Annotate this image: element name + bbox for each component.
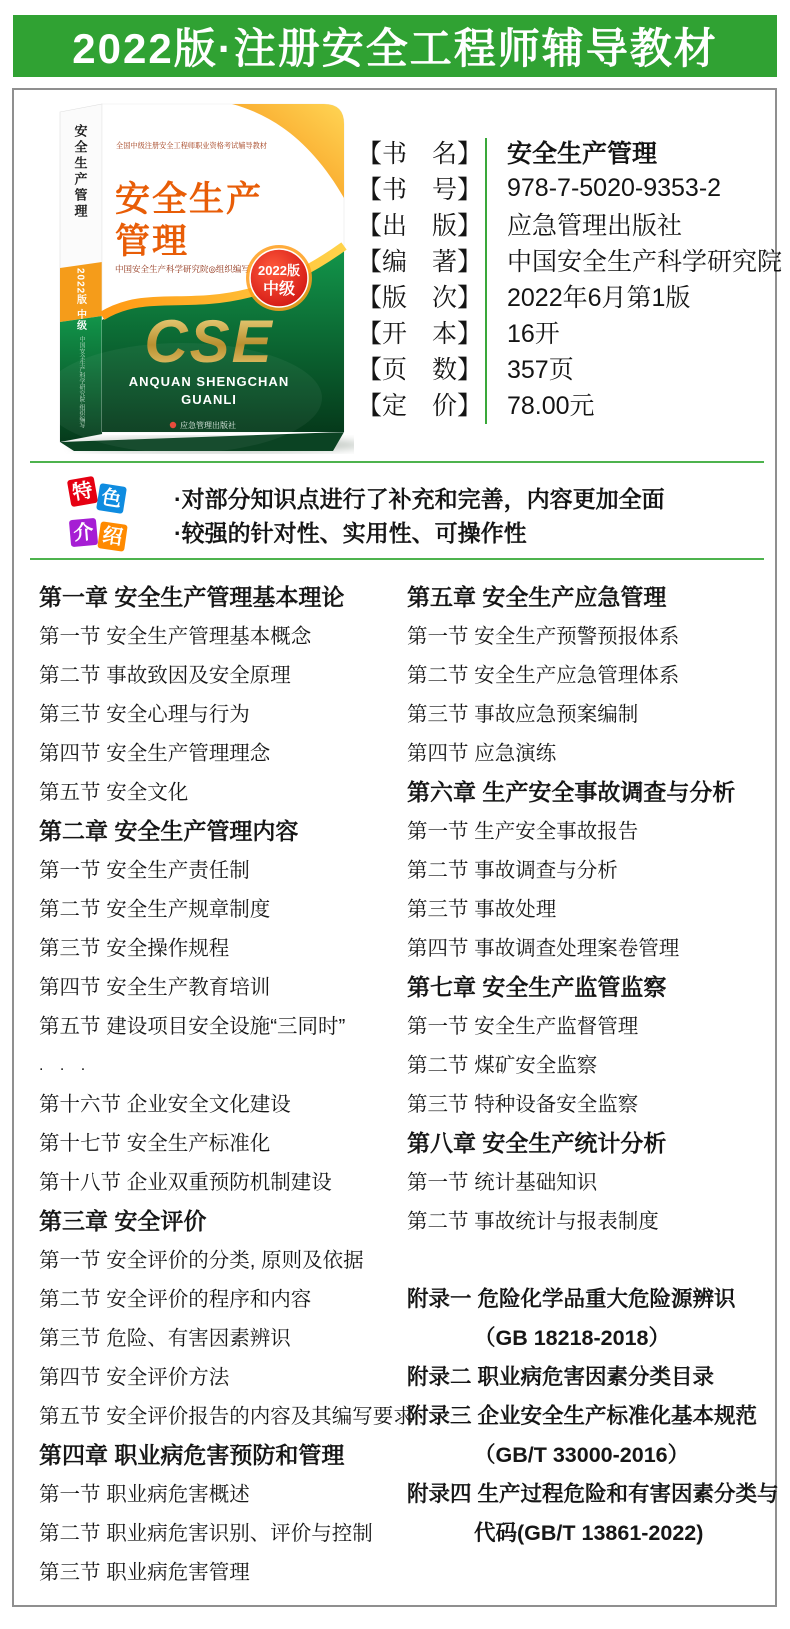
toc-chapter: 第二章 安全生产管理内容 bbox=[39, 812, 414, 851]
toc-section: 第二节 职业病危害识别、评价与控制 bbox=[39, 1514, 414, 1553]
toc-chapter: 第一章 安全生产管理基本理论 bbox=[39, 578, 414, 617]
detail-row: 【定 价】78.00元 bbox=[357, 386, 782, 422]
details-divider bbox=[485, 138, 487, 424]
book-cover-image: 安全生产管理 2022版 中级 中国安全生产科学研究院·组织编写 全国中级注册安… bbox=[52, 98, 354, 454]
banner-title: 2022版·注册安全工程师辅导教材 bbox=[72, 16, 717, 76]
detail-value: 中国安全生产科学研究院 bbox=[485, 242, 782, 278]
detail-label: 【开 本】 bbox=[357, 314, 485, 350]
cover-acronym: CSE bbox=[144, 308, 273, 375]
feature-bullet: ·对部分知识点进行了补充和完善，内容更加全面 bbox=[174, 482, 665, 516]
detail-value: 安全生产管理 bbox=[485, 134, 657, 170]
toc-section: 第二节 事故统计与报表制度 bbox=[407, 1202, 778, 1241]
toc-section: 第一节 职业病危害概述 bbox=[39, 1475, 414, 1514]
toc-section: 第五节 安全文化 bbox=[39, 773, 414, 812]
detail-row: 【书 名】安全生产管理 bbox=[357, 134, 782, 170]
detail-label: 【页 数】 bbox=[357, 350, 485, 386]
toc-ellipsis: . . . bbox=[39, 1046, 414, 1085]
toc-left-column: 第一章 安全生产管理基本理论第一节 安全生产管理基本概念第二节 事故致因及安全原… bbox=[39, 578, 414, 1592]
toc-appendix-cont: 代码(GB/T 13861-2022) bbox=[407, 1514, 778, 1553]
book-details: 【书 名】安全生产管理【书 号】978-7-5020-9353-2【出 版】应急… bbox=[357, 134, 782, 422]
toc-chapter: 第六章 生产安全事故调查与分析 bbox=[407, 773, 778, 812]
toc-section: 第二节 事故调查与分析 bbox=[407, 851, 778, 890]
toc-appendix: 附录二 职业病危害因素分类目录 bbox=[407, 1358, 778, 1397]
feature-bullet: ·较强的针对性、实用性、可操作性 bbox=[174, 516, 665, 550]
toc-section: 第四节 安全生产教育培训 bbox=[39, 968, 414, 1007]
detail-row: 【编 著】中国安全生产科学研究院 bbox=[357, 242, 782, 278]
toc-section: 第三节 事故处理 bbox=[407, 890, 778, 929]
cover-title-line2: 管理 bbox=[115, 222, 189, 261]
toc-section: 第十七节 安全生产标准化 bbox=[39, 1124, 414, 1163]
detail-row: 【出 版】应急管理出版社 bbox=[357, 206, 782, 242]
content-panel: 安全生产管理 2022版 中级 中国安全生产科学研究院·组织编写 全国中级注册安… bbox=[12, 88, 777, 1607]
toc-chapter: 第七章 安全生产监管监察 bbox=[407, 968, 778, 1007]
detail-row: 【书 号】978-7-5020-9353-2 bbox=[357, 170, 782, 206]
toc-chapter: 第五章 安全生产应急管理 bbox=[407, 578, 778, 617]
detail-value: 357页 bbox=[485, 350, 574, 386]
toc-section: 第三节 危险、有害因素辨识 bbox=[39, 1319, 414, 1358]
toc-chapter: 第八章 安全生产统计分析 bbox=[407, 1124, 778, 1163]
detail-label: 【定 价】 bbox=[357, 386, 485, 422]
toc-section: 第三节 职业病危害管理 bbox=[39, 1553, 414, 1592]
toc-chapter: 第三章 安全评价 bbox=[39, 1202, 414, 1241]
toc-section: 第二节 安全生产规章制度 bbox=[39, 890, 414, 929]
publisher-logo bbox=[170, 422, 176, 428]
toc-section: 第二节 煤矿安全监察 bbox=[407, 1046, 778, 1085]
toc-appendix: 附录三 企业安全生产标准化基本规范 bbox=[407, 1397, 778, 1436]
detail-label: 【出 版】 bbox=[357, 206, 485, 242]
feature-tile: 介 bbox=[69, 518, 98, 547]
toc-section: 第一节 安全生产责任制 bbox=[39, 851, 414, 890]
badge-line2: 中级 bbox=[263, 279, 295, 298]
spine-edition: 2022版 中级 bbox=[75, 268, 87, 331]
page: { "banner": { "title": "2022版·注册安全工程师辅导教… bbox=[0, 0, 790, 1629]
feature-tile: 绍 bbox=[97, 521, 127, 551]
toc-section: 第四节 应急演练 bbox=[407, 734, 778, 773]
toc-section: 第五节 安全评价报告的内容及其编写要求 bbox=[39, 1397, 414, 1436]
detail-value: 应急管理出版社 bbox=[485, 206, 682, 242]
spine-title: 安全生产管理 bbox=[73, 123, 88, 220]
detail-value: 16开 bbox=[485, 314, 560, 350]
toc-section: 第十六节 企业安全文化建设 bbox=[39, 1085, 414, 1124]
toc-section: 第三节 事故应急预案编制 bbox=[407, 695, 778, 734]
separator-bottom bbox=[30, 558, 764, 560]
toc-section: 第三节 安全操作规程 bbox=[39, 929, 414, 968]
detail-label: 【编 著】 bbox=[357, 242, 485, 278]
feature-tile: 色 bbox=[96, 483, 127, 514]
detail-label: 【书 号】 bbox=[357, 170, 485, 206]
cover-publisher: 应急管理出版社 bbox=[180, 420, 236, 430]
toc-appendix-cont: （GB 18218-2018） bbox=[407, 1319, 778, 1358]
toc-appendix: 附录一 危险化学品重大危险源辨识 bbox=[407, 1280, 778, 1319]
detail-value: 2022年6月第1版 bbox=[485, 278, 690, 314]
detail-value: 978-7-5020-9353-2 bbox=[485, 174, 721, 203]
book-cover-svg: 安全生产管理 2022版 中级 中国安全生产科学研究院·组织编写 全国中级注册安… bbox=[52, 98, 354, 454]
toc-section: 第四节 安全评价方法 bbox=[39, 1358, 414, 1397]
toc-section: 第二节 安全生产应急管理体系 bbox=[407, 656, 778, 695]
feature-bullets: ·对部分知识点进行了补充和完善，内容更加全面·较强的针对性、实用性、可操作性 bbox=[174, 482, 665, 550]
toc-appendix: 附录四 生产过程危险和有害因素分类与 bbox=[407, 1475, 778, 1514]
toc-section: 第五节 建设项目安全设施“三同时” bbox=[39, 1007, 414, 1046]
cover-pinyin-line1: ANQUAN SHENGCHAN bbox=[129, 374, 289, 389]
toc-section: 第四节 事故调查处理案卷管理 bbox=[407, 929, 778, 968]
detail-row: 【开 本】16开 bbox=[357, 314, 782, 350]
toc-section: 第一节 安全评价的分类, 原则及依据 bbox=[39, 1241, 414, 1280]
toc-spacer bbox=[407, 1241, 778, 1280]
banner: 2022版·注册安全工程师辅导教材 bbox=[13, 15, 777, 77]
toc-appendix-cont: （GB/T 33000-2016） bbox=[407, 1436, 778, 1475]
badge-line1: 2022版 bbox=[258, 263, 300, 278]
cover-title-line1: 安全生产 bbox=[115, 179, 263, 219]
separator-top bbox=[30, 461, 764, 463]
toc-section: 第一节 安全生产预警预报体系 bbox=[407, 617, 778, 656]
detail-label: 【版 次】 bbox=[357, 278, 485, 314]
detail-row: 【版 次】2022年6月第1版 bbox=[357, 278, 782, 314]
cover-author-note: 中国安全生产科学研究院◎组织编写 bbox=[115, 264, 250, 274]
toc-section: 第一节 统计基础知识 bbox=[407, 1163, 778, 1202]
toc-section: 第三节 安全心理与行为 bbox=[39, 695, 414, 734]
cover-series-note: 全国中级注册安全工程师职业资格考试辅导教材 bbox=[116, 141, 267, 150]
toc-section: 第十八节 企业双重预防机制建设 bbox=[39, 1163, 414, 1202]
toc-section: 第一节 生产安全事故报告 bbox=[407, 812, 778, 851]
toc-right-column: 第五章 安全生产应急管理第一节 安全生产预警预报体系第二节 安全生产应急管理体系… bbox=[407, 578, 778, 1553]
toc-section: 第二节 安全评价的程序和内容 bbox=[39, 1280, 414, 1319]
toc-section: 第三节 特种设备安全监察 bbox=[407, 1085, 778, 1124]
toc-section: 第一节 安全生产监督管理 bbox=[407, 1007, 778, 1046]
detail-row: 【页 数】357页 bbox=[357, 350, 782, 386]
detail-label: 【书 名】 bbox=[357, 134, 485, 170]
detail-value: 78.00元 bbox=[485, 386, 595, 422]
toc-section: 第四节 安全生产管理理念 bbox=[39, 734, 414, 773]
toc-section: 第一节 安全生产管理基本概念 bbox=[39, 617, 414, 656]
toc-section: 第二节 事故致因及安全原理 bbox=[39, 656, 414, 695]
cover-pinyin-line2: GUANLI bbox=[181, 392, 237, 407]
feature-tiles: 特色介绍 bbox=[69, 478, 131, 552]
edition-badge bbox=[250, 249, 308, 307]
toc-chapter: 第四章 职业病危害预防和管理 bbox=[39, 1436, 414, 1475]
feature-tile: 特 bbox=[67, 476, 98, 507]
